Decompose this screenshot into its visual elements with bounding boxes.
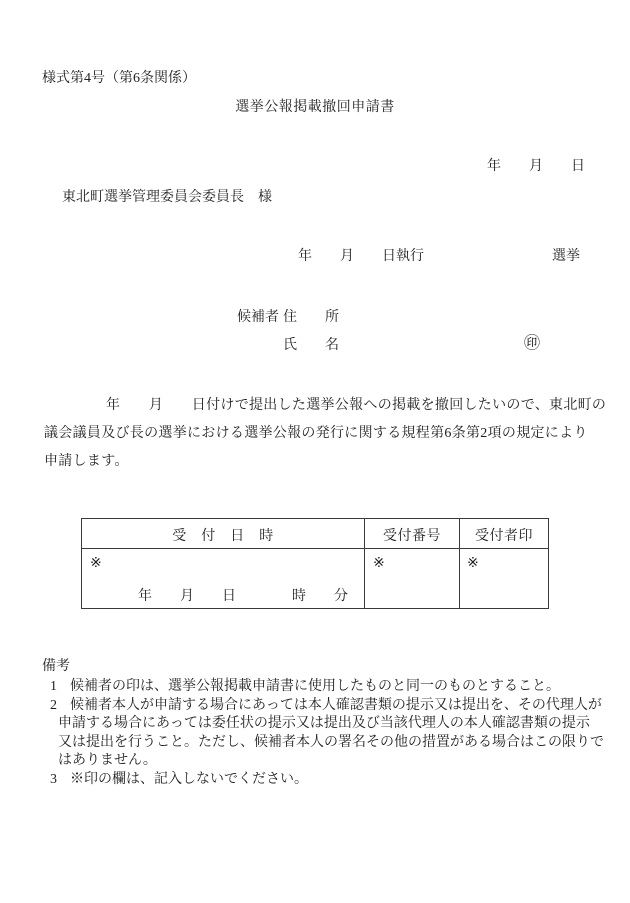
datetime-fields: 年 月 日 時 分 [138, 585, 348, 605]
document-page: 様式第4号（第6条関係） 選挙公報掲載撤回申請書 年 月 日 東北町選挙管理委員… [0, 0, 630, 903]
remark-text: 候補者の印は、選挙公報掲載申請書に使用したものと同一のものとすること。 [70, 679, 560, 694]
body-line-1: 年 月 日付けで提出した選挙公報への掲載を撤回したいので、東北町の [106, 397, 606, 415]
candidate-name-label: 氏 名 [283, 337, 339, 355]
document-title: 選挙公報掲載撤回申請書 [0, 99, 630, 117]
header-reception-datetime: 受 付 日 時 [82, 525, 364, 545]
remark-number: 2 [50, 697, 70, 716]
form-number: 様式第4号（第6条関係） [42, 70, 196, 88]
datetime-asterisk-mark: ※ [90, 555, 102, 572]
remark-text: 又は提出を行うこと。ただし、候補者本人の署名その他の措置がある場合はこの限りで [58, 735, 604, 750]
remark-text: はありません。 [58, 753, 157, 768]
remarks-section: 備考 1候補者の印は、選挙公報掲載申請書に使用したものと同一のものとすること。 … [42, 658, 594, 789]
remark-number: 1 [50, 678, 70, 697]
remark-text: 候補者本人が申請する場合にあっては本人確認書類の提示又は提出を、その代理人が [70, 698, 602, 713]
remark-item-2-cont: はありません。 [42, 752, 594, 771]
election-suffix: 選挙 [552, 248, 580, 266]
remark-number: 3 [50, 771, 70, 790]
remark-item-2-cont: 申請する場合にあっては委任状の提示又は提出及び当該代理人の本人確認書類の提示 [42, 715, 594, 734]
seal-icon: ㊞ [524, 335, 540, 353]
header-receiver-seal: 受付者印 [460, 525, 548, 545]
header-reception-number: 受付番号 [365, 525, 459, 545]
application-date-line: 年 月 日 [487, 158, 585, 176]
candidate-label: 候補者 [237, 309, 279, 327]
reception-table: 受 付 日 時 受付番号 受付者印 ※ 年 月 日 時 分 ※ ※ [81, 518, 549, 609]
remarks-heading: 備考 [42, 658, 594, 678]
number-asterisk-mark: ※ [373, 555, 385, 572]
receiver-seal-asterisk-mark: ※ [467, 555, 479, 572]
remark-item-1: 1候補者の印は、選挙公報掲載申請書に使用したものと同一のものとすること。 [42, 678, 594, 697]
remark-item-2-cont: 又は提出を行うこと。ただし、候補者本人の署名その他の措置がある場合はこの限りで [42, 734, 594, 753]
election-execution-date: 年 月 日執行 [298, 248, 424, 266]
candidate-address-label: 住 所 [283, 309, 339, 327]
remark-item-2: 2候補者本人が申請する場合にあっては本人確認書類の提示又は提出を、その代理人が [42, 697, 594, 716]
remark-item-3: 3※印の欄は、記入しないでください。 [42, 771, 594, 790]
body-line-3: 申請します。 [44, 453, 129, 471]
addressee: 東北町選挙管理委員会委員長 様 [62, 189, 272, 207]
remark-text: 申請する場合にあっては委任状の提示又は提出及び当該代理人の本人確認書類の提示 [58, 716, 590, 731]
remark-text: ※印の欄は、記入しないでください。 [70, 772, 308, 787]
body-line-2: 議会議員及び長の選挙における選挙公報の発行に関する規程第6条第2項の規定により [44, 425, 588, 443]
table-header-divider [82, 548, 548, 549]
